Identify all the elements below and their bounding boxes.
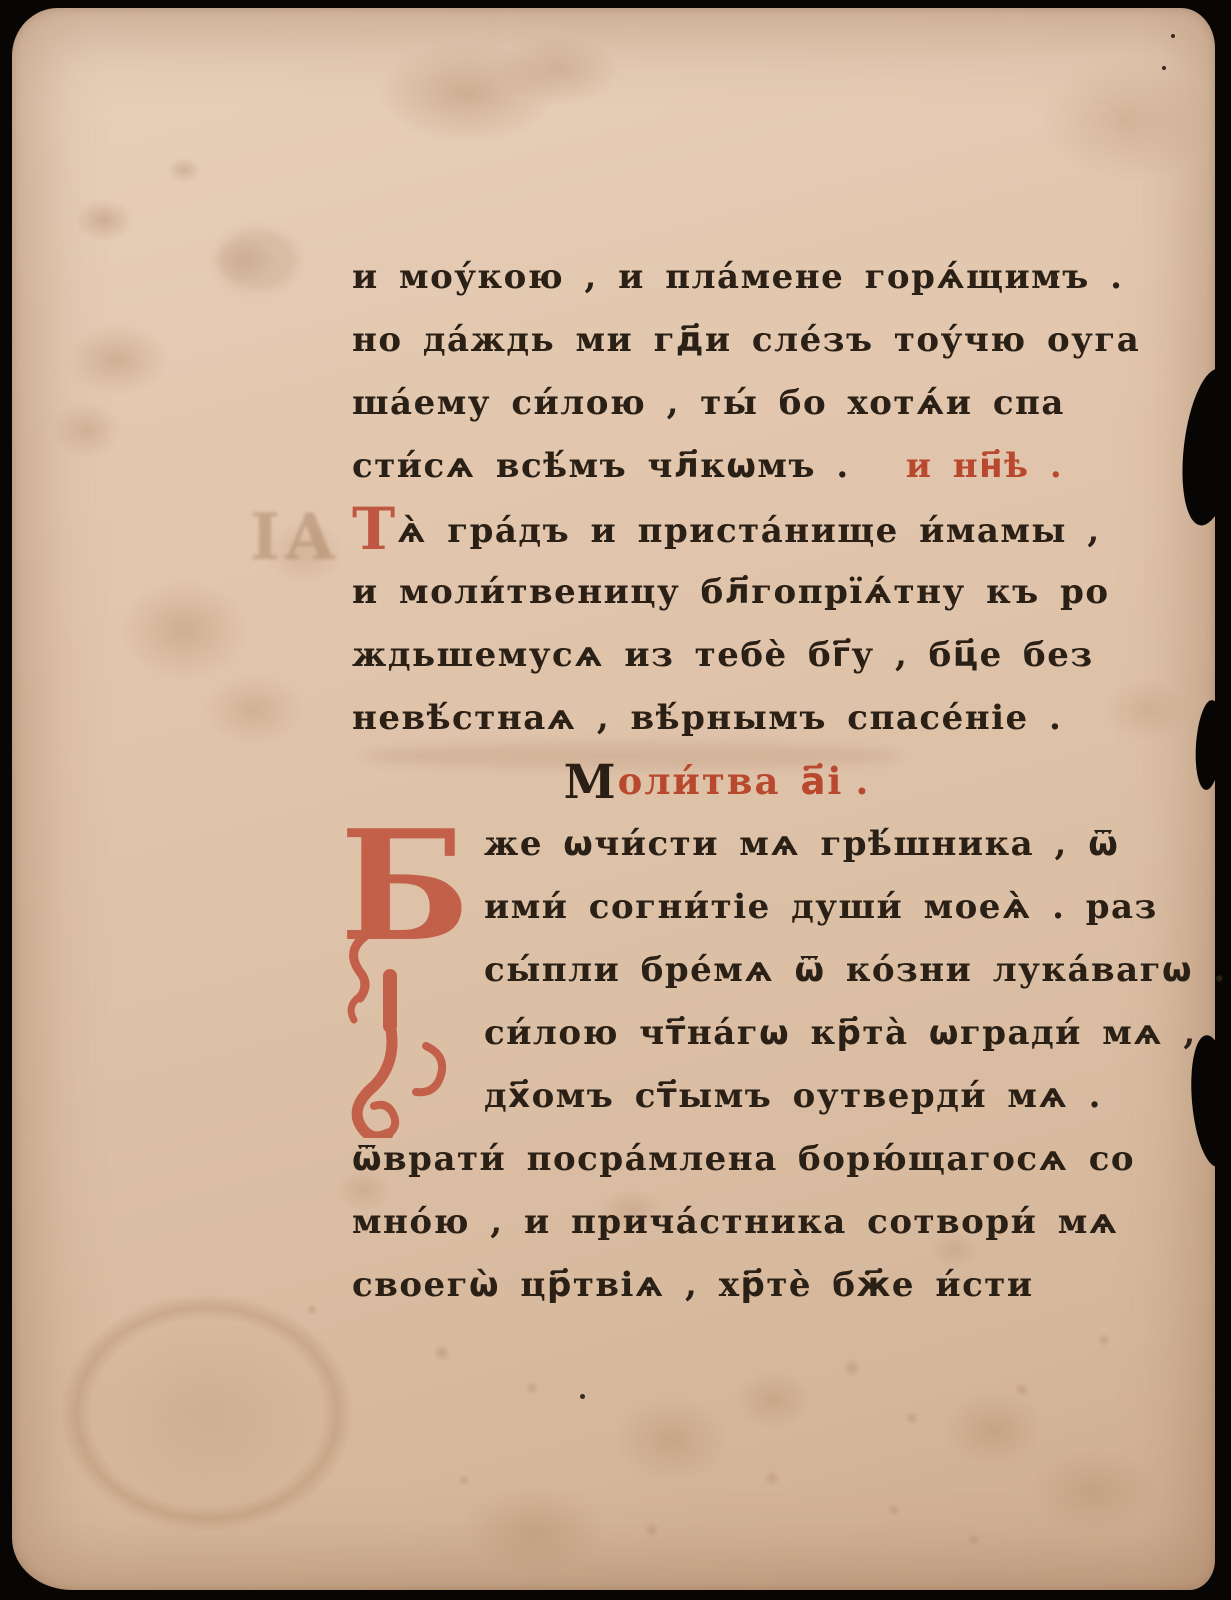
bleedthrough-mark: ІА xyxy=(250,500,340,575)
text-line: же ѡчи́сти мѧ грѣ́шника , ѿ xyxy=(352,813,1082,876)
text-line: и моли́твеницу бл҃гопрїѧ́тну къ ро xyxy=(352,561,1082,624)
text-line: си́лою чт҃на́гѡ кр҃та̀ ѡгради́ мѧ , xyxy=(352,1002,1082,1065)
manuscript-page: ІА Б и моу́кою , и пла́мене горѧ́щимъ . … xyxy=(12,8,1215,1590)
text-line: сы́пли бре́мѧ ѿ ко́зни лука́вагѡ . xyxy=(352,939,1082,1002)
red-initial-T: Т xyxy=(352,495,395,563)
text-line: и моу́кою , и пла́мене горѧ́щимъ . xyxy=(352,246,1082,309)
ink-speck xyxy=(1162,66,1166,70)
text-line: своегѡ̀ цр҃твіѧ , хр҃тѐ бж҃е и́сти xyxy=(352,1254,1082,1317)
rubric-and-now: и нн҃ѣ . xyxy=(906,446,1064,486)
text-line: дх҃омъ ст҃ымъ оутверди́ мѧ . xyxy=(352,1065,1082,1128)
ink-speck xyxy=(1051,274,1058,281)
text-line: ша́ему си́лою , ты́ бо хотѧ́и спа xyxy=(352,372,1082,435)
ink-speck xyxy=(580,1394,585,1399)
text-line: ждьшемусѧ из тебѐ бг҃у , бц҃е без xyxy=(352,624,1082,687)
text-column: и моу́кою , и пла́мене горѧ́щимъ . но да… xyxy=(352,246,1082,1317)
text-line: невѣ́стнаѧ , вѣ́рнымъ спасе́ніе . xyxy=(352,687,1082,750)
text-line: ими́ согни́тіе души́ моеѧ̀ . раз xyxy=(352,876,1082,939)
text-line: ѿврати́ посра́млена борю́щагосѧ со xyxy=(352,1128,1082,1191)
scanned-page-photo: { "document": { "description": "Leaf of … xyxy=(0,0,1231,1600)
text-line: Тѧ̀ гра́дъ и приста́нище и́мамы , xyxy=(352,498,1082,561)
text-line: мно́ю , и прича́стника сотвори́ мѧ xyxy=(352,1191,1082,1254)
ink-speck xyxy=(1171,34,1175,38)
faint-stain xyxy=(217,230,297,290)
text-line: но да́ждь ми гд҃и сле́зъ тоу́чю оуга xyxy=(352,309,1082,372)
text-line: сти́сѧ всѣ́мъ чл҃кѡмъ .и нн҃ѣ . xyxy=(352,435,1082,498)
heading-initial-M: М xyxy=(564,755,618,810)
prayer-heading: Моли́тваа҃і. xyxy=(352,750,1082,813)
